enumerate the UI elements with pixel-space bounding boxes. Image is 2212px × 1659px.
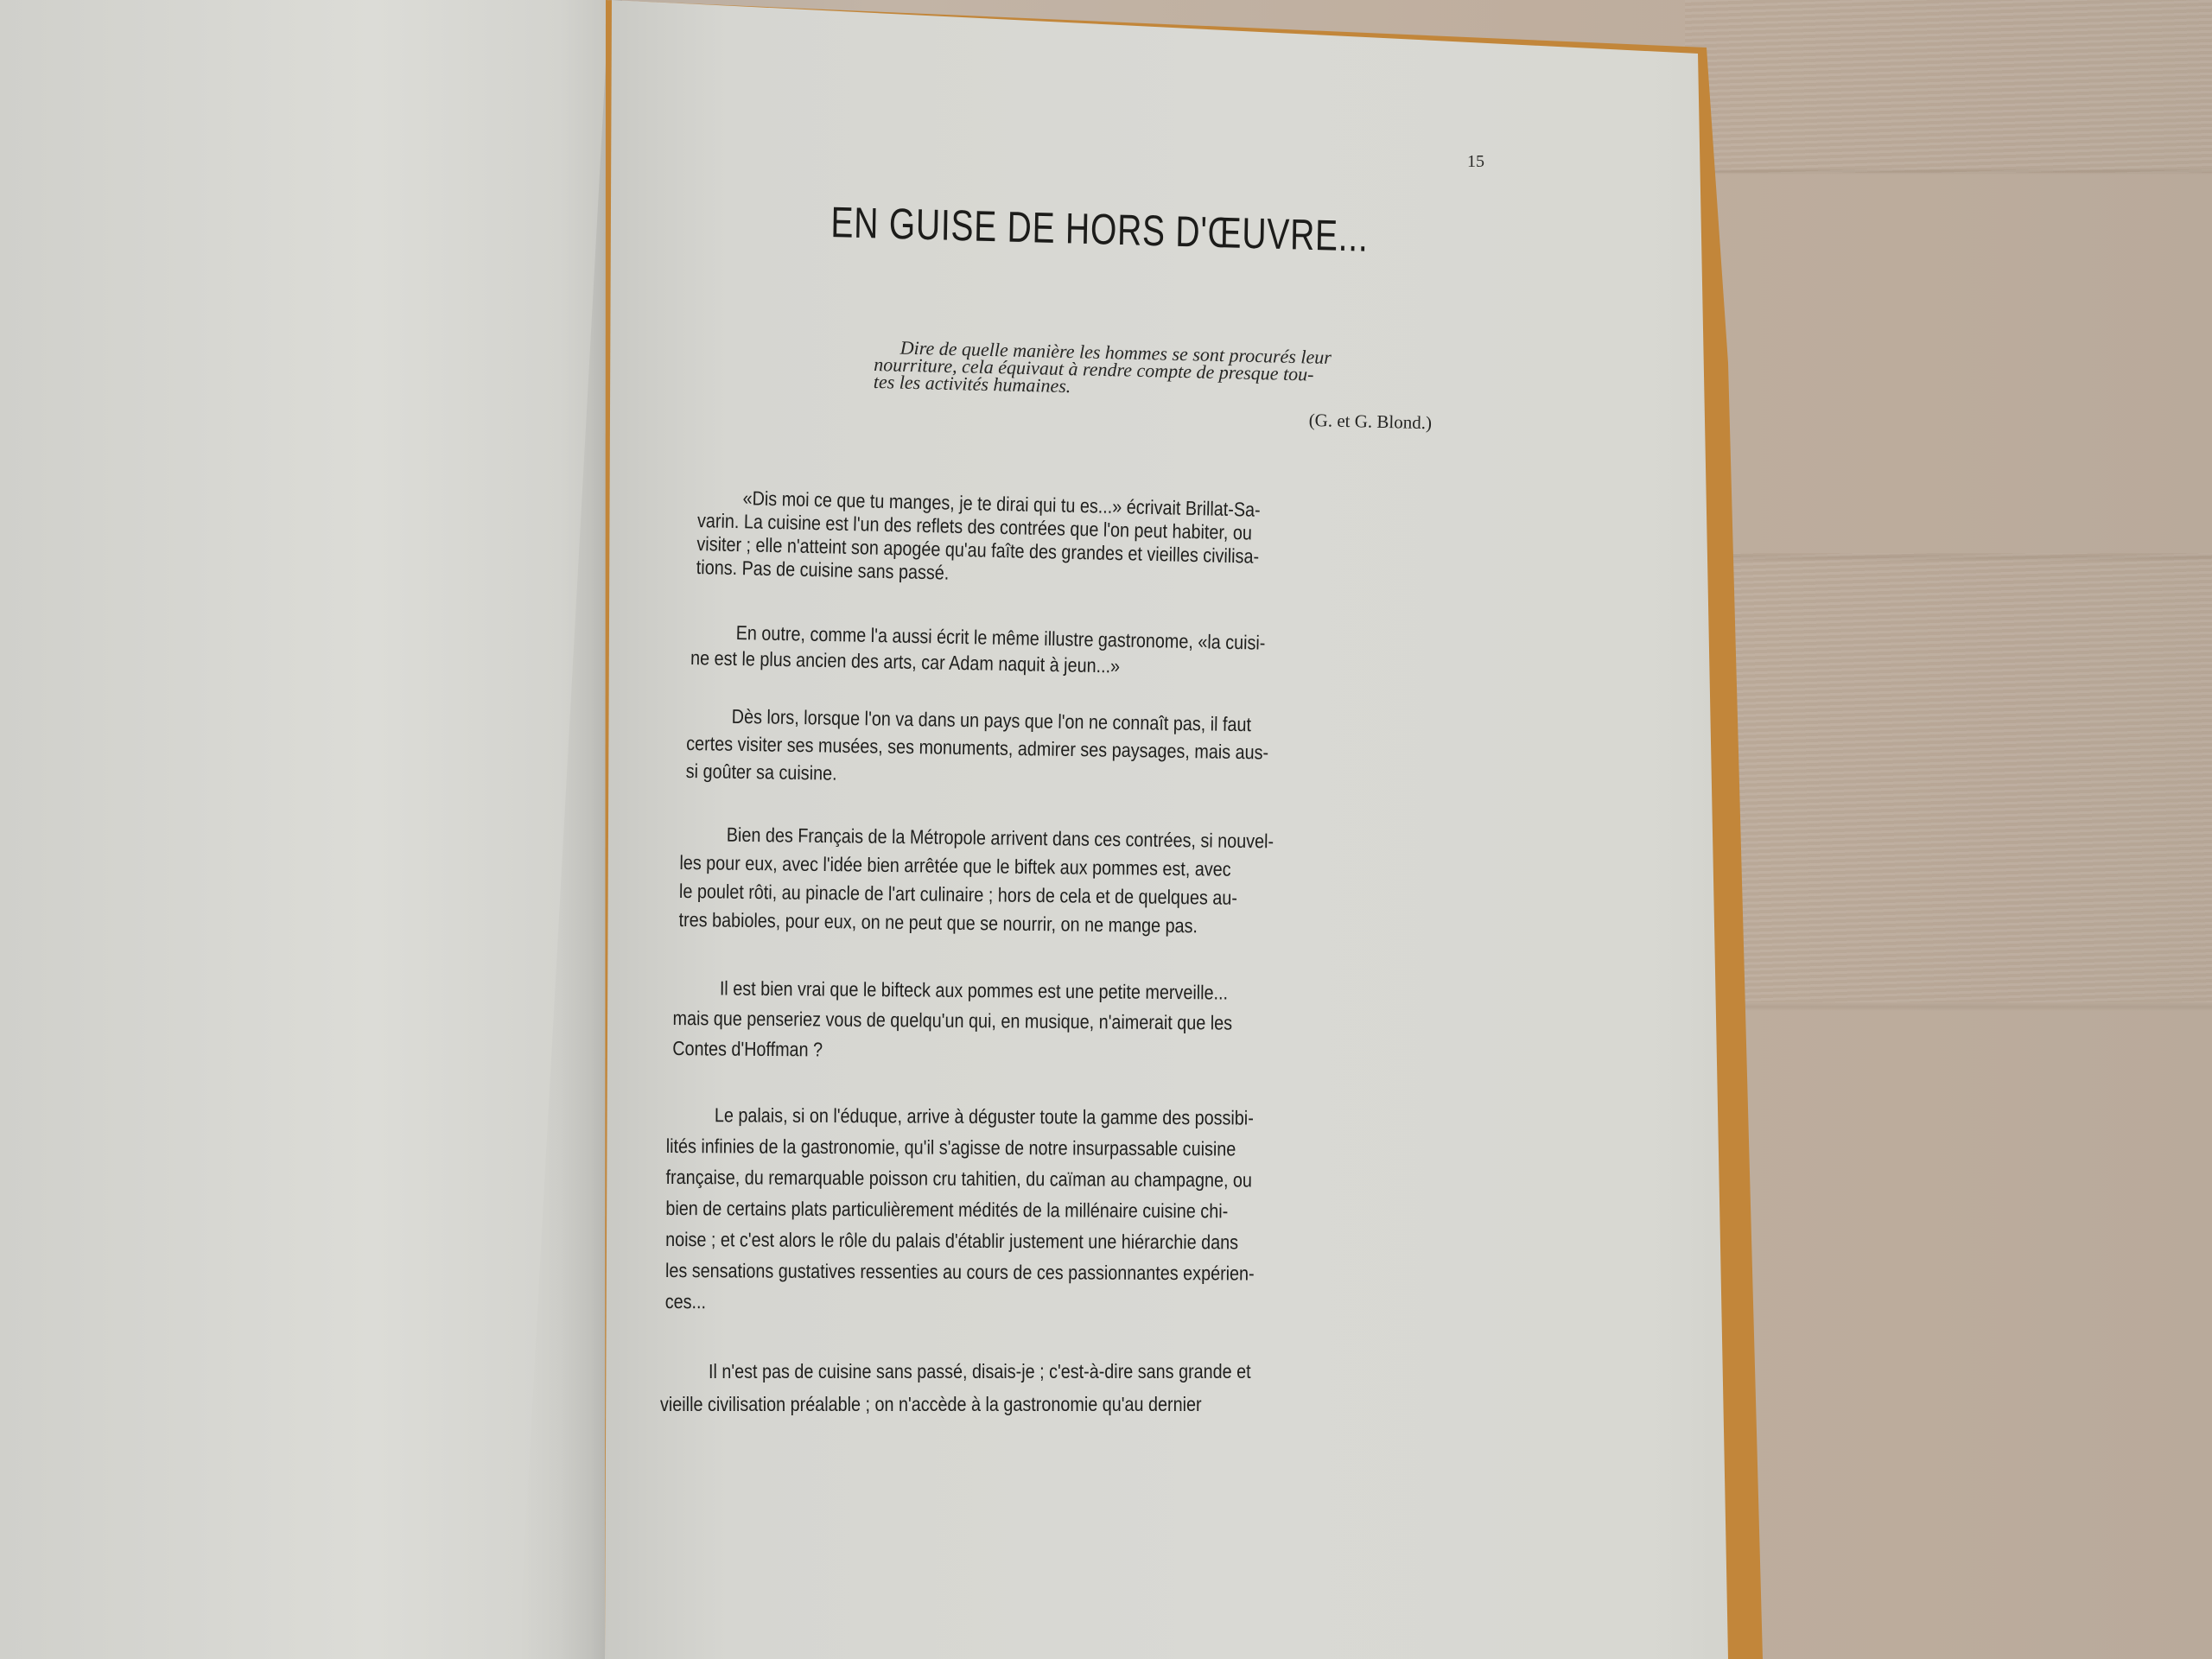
wood-plank xyxy=(1685,553,2212,1002)
paragraph-line: Contes d'Hoffman ? xyxy=(672,1037,823,1062)
paragraph-line: les sensations gustatives ressenties au … xyxy=(665,1259,1255,1286)
paragraph-line: vieille civilisation préalable ; on n'ac… xyxy=(660,1393,1202,1416)
paragraph-line: française, du remarquable poisson cru ta… xyxy=(665,1166,1252,1192)
page-number: 15 xyxy=(1467,152,1484,172)
left-blank-page xyxy=(0,0,622,1659)
paragraph-line: mais que penseriez vous de quelqu'un qui… xyxy=(672,1007,1232,1035)
epigraph-attribution: (G. et G. Blond.) xyxy=(1308,410,1432,434)
paragraph-line: ces... xyxy=(665,1290,706,1313)
paragraph-line: noise ; et c'est alors le rôle du palais… xyxy=(665,1228,1238,1254)
paragraph-line: Il n'est pas de cuisine sans passé, disa… xyxy=(709,1360,1251,1383)
paragraph-line: bien de certains plats particulièrement … xyxy=(665,1197,1228,1223)
paragraph-line: Le palais, si on l'éduque, arrive à dégu… xyxy=(715,1103,1254,1129)
paragraph-line: si goûter sa cuisine. xyxy=(686,760,837,785)
paragraph-line: Il est bien vrai que le bifteck aux pomm… xyxy=(720,976,1228,1004)
paragraph-line: lités infinies de la gastronomie, qu'il … xyxy=(666,1135,1236,1160)
wood-plank xyxy=(1685,0,2212,173)
